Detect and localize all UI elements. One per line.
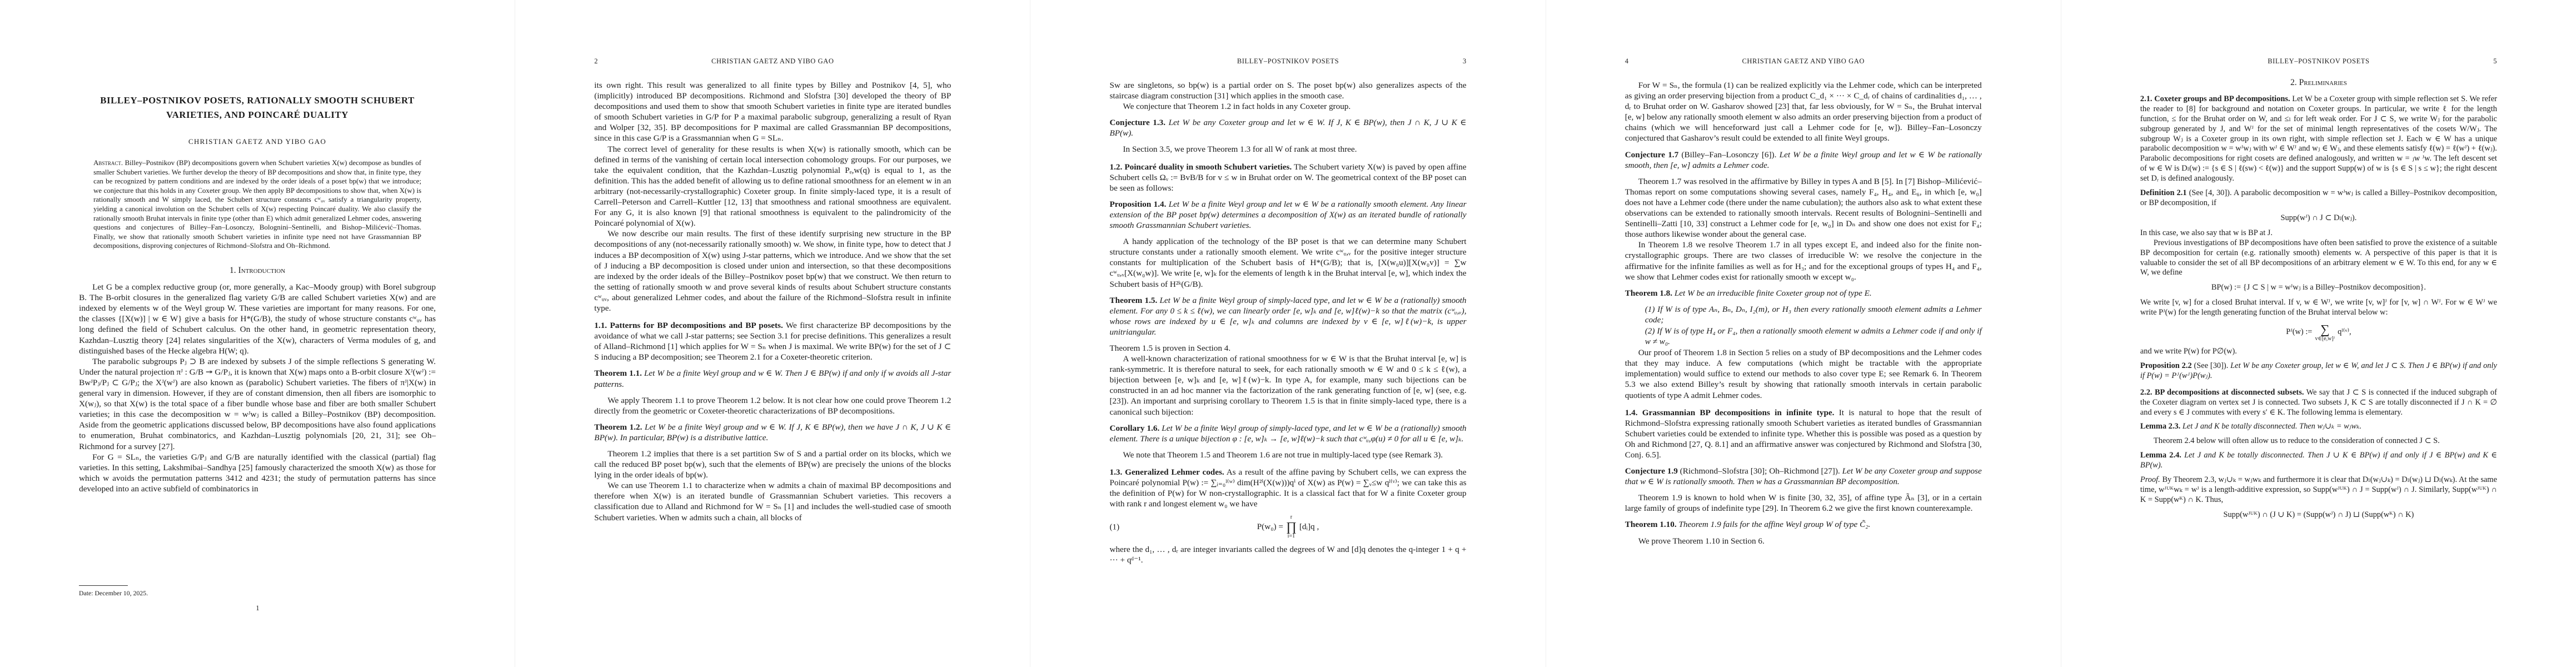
theorem-1-10: Theorem 1.10. Theorem 1.9 fails for the … xyxy=(1625,519,1982,530)
proposition-2-2: Proposition 2.2 (See [30]). Let W be any… xyxy=(2140,361,2497,381)
page-1: BILLEY–POSTNIKOV POSETS, RATIONALLY SMOO… xyxy=(0,0,515,667)
subsection-label: 2.2. BP decompositions at disconnected s… xyxy=(2140,388,2304,397)
theorem-text: Let W be a finite Weyl group of simply-l… xyxy=(1110,424,1467,444)
page-2: 2 CHRISTIAN GAETZ AND YIBO GAO its own r… xyxy=(515,0,1030,667)
subsection-1-1: 1.1. Patterns for BP decompositions and … xyxy=(594,320,951,362)
page-4: 4 CHRISTIAN GAETZ AND YIBO GAO For W = S… xyxy=(1546,0,2061,667)
theorem-attribution: (Billey–Fan–Losonczy [6]). xyxy=(1678,150,1776,160)
abstract: Abstract. Billey–Postnikov (BP) decompos… xyxy=(93,158,421,251)
page-3-body: Sw are singletons, so bp(w) is a partial… xyxy=(1110,80,1467,565)
theorem-label: Proposition 2.2 xyxy=(2140,361,2192,370)
paragraph: Sw are singletons, so bp(w) is a partial… xyxy=(1110,80,1467,101)
theorem-label: Theorem 1.5. xyxy=(1110,296,1158,305)
lemma-2-4: Lemma 2.4. Let J and K be totally discon… xyxy=(2140,451,2497,471)
theorem-1-5: Theorem 1.5. Let W be a finite Weyl grou… xyxy=(1110,295,1467,337)
subsection-label: 2.1. Coxeter groups and BP decomposition… xyxy=(2140,94,2290,103)
page-1-body: 1. Introduction Let G be a complex reduc… xyxy=(79,265,436,494)
theorem-label: Conjecture 1.3. xyxy=(1110,118,1166,127)
section-heading-introduction: 1. Introduction xyxy=(79,265,436,276)
subsection-label: 1.1. Patterns for BP decompositions and … xyxy=(594,321,783,330)
paragraph: Theorem 1.9 is known to hold when W is f… xyxy=(1625,492,1982,514)
theorem-label: Lemma 2.3. xyxy=(2140,422,2180,431)
running-head-title: BILLEY–POSTNIKOV POSETS xyxy=(1129,57,1448,66)
subsection-label: 1.3. Generalized Lehmer codes. xyxy=(1110,467,1224,477)
display-equation-poincare-series: Pᴶ(w) := ∑v∈[e,w]ᴶqˡ⁽ᵛ⁾, xyxy=(2140,323,2497,342)
paragraph: A well-known characterization of rationa… xyxy=(1110,354,1467,417)
running-head-title: BILLEY–POSTNIKOV POSETS xyxy=(2159,57,2478,66)
equation-body: Pᴶ(w) := ∑v∈[e,w]ᴶqˡ⁽ᵛ⁾, xyxy=(2286,323,2351,342)
paragraph: We now describe our main results. The fi… xyxy=(594,228,951,313)
page-1-column: BILLEY–POSTNIKOV POSETS, RATIONALLY SMOO… xyxy=(79,93,436,494)
page-2-column: 2 CHRISTIAN GAETZ AND YIBO GAO its own r… xyxy=(594,57,951,523)
operator-lower-limit: v∈[e,w]ᴶ xyxy=(2315,336,2335,342)
operator-lower-limit: i=1 xyxy=(1288,533,1295,539)
conjecture-1-7: Conjecture 1.7 (Billey–Fan–Losonczy [6])… xyxy=(1625,150,1982,171)
theorem-attribution: (See [4, 30]). xyxy=(2187,188,2232,197)
equation-body: P(w₀) = r∏i=1[dᵢ]q , xyxy=(1257,514,1319,539)
page-3-column: BILLEY–POSTNIKOV POSETS 3 Sw are singlet… xyxy=(1110,57,1467,565)
authors: CHRISTIAN GAETZ AND YIBO GAO xyxy=(79,137,436,146)
paragraph: Theorem 1.2 implies that there is a set … xyxy=(594,449,951,480)
equation-lhs: P(w₀) = xyxy=(1257,521,1283,532)
paragraph: We write [v, w] for a closed Bruhat inte… xyxy=(2140,298,2497,318)
product-symbol: ∏ xyxy=(1286,520,1297,533)
paragraph: Theorem 1.7 was resolved in the affirmat… xyxy=(1625,176,1982,240)
page-number: 2 xyxy=(594,57,613,66)
paragraph: its own right. This result was generaliz… xyxy=(594,80,951,144)
equation-rhs: [dᵢ]q , xyxy=(1299,521,1319,532)
equation-lhs: Pᴶ(w) := xyxy=(2286,327,2312,337)
page-3: BILLEY–POSTNIKOV POSETS 3 Sw are singlet… xyxy=(1030,0,1545,667)
lemma-2-3: Lemma 2.3. Let J and K be totally discon… xyxy=(2140,422,2497,432)
theorem-list-item-1: (1) If W is of type Aₙ, Bₙ, Dₙ, I₂(m), o… xyxy=(1645,304,1982,325)
page-number: 4 xyxy=(1625,57,1644,66)
theorem-label: Conjecture 1.7 xyxy=(1625,150,1678,160)
display-equation-1: (1) P(w₀) = r∏i=1[dᵢ]q , xyxy=(1110,514,1467,539)
theorem-1-2: Theorem 1.2. Let W be a finite Weyl grou… xyxy=(594,422,951,443)
paragraph: where the d₁, … , dᵣ are integer invaria… xyxy=(1110,544,1467,565)
paragraph: For W = Sₙ, the formula (1) can be reali… xyxy=(1625,80,1982,144)
theorem-label: Theorem 1.10. xyxy=(1625,520,1677,529)
display-equation-bp-set: BP(w) := {J ⊂ S | w = wᴶwⱼ is a Billey–P… xyxy=(2140,283,2497,293)
subsection-2-1: 2.1. Coxeter groups and BP decomposition… xyxy=(2140,94,2497,184)
paragraph: Let G be a complex reductive group (or, … xyxy=(79,282,436,356)
page-5-column: BILLEY–POSTNIKOV POSETS 5 2. Preliminari… xyxy=(2140,57,2497,520)
theorem-attribution: (Richmond–Slofstra [30]; Oh–Richmond [27… xyxy=(1678,466,1840,476)
theorem-label: Proposition 1.4. xyxy=(1110,200,1167,209)
pages-row: BILLEY–POSTNIKOV POSETS, RATIONALLY SMOO… xyxy=(0,0,2576,667)
paper-screenshot: arXiv:2512.08168v1 [math.CO] 9 Dec 2025 … xyxy=(0,0,2576,667)
footnote-rule xyxy=(79,585,128,586)
theorem-list-item-2: (2) If W is of type H₄ or F₄, then a rat… xyxy=(1645,326,1982,347)
proof: Proof. By Theorem 2.3, wⱼ∪ₖ = wⱼwₖ and f… xyxy=(2140,475,2497,505)
theorem-label: Lemma 2.4. xyxy=(2140,451,2181,460)
page-number: 3 xyxy=(1448,57,1467,66)
paragraph: The correct level of generality for thes… xyxy=(594,144,951,229)
subsection-label: 1.4. Grassmannian BP decompositions in i… xyxy=(1625,408,1835,417)
theorem-label: Theorem 1.1. xyxy=(594,369,642,378)
paragraph: We prove Theorem 1.10 in Section 6. xyxy=(1625,536,1982,546)
paragraph: Theorem 2.4 below will often allow us to… xyxy=(2140,436,2497,446)
paragraph: and we write P(w) for P∅(w). xyxy=(2140,347,2497,357)
product-operator: r∏i=1 xyxy=(1286,514,1297,539)
running-head: 4 CHRISTIAN GAETZ AND YIBO GAO xyxy=(1625,57,1982,66)
paragraph: We apply Theorem 1.1 to prove Theorem 1.… xyxy=(594,395,951,416)
paragraph: Previous investigations of BP decomposit… xyxy=(2140,238,2497,278)
equation-number: (1) xyxy=(1110,521,1120,532)
paragraph: In Section 3.5, we prove Theorem 1.3 for… xyxy=(1110,144,1467,155)
sum-symbol: ∑ xyxy=(2320,323,2329,336)
paragraph: We conjecture that Theorem 1.2 in fact h… xyxy=(1110,101,1467,112)
running-head: 2 CHRISTIAN GAETZ AND YIBO GAO xyxy=(594,57,951,66)
running-head-title: CHRISTIAN GAETZ AND YIBO GAO xyxy=(613,57,932,66)
date-line: Date: December 10, 2025. xyxy=(79,589,436,598)
theorem-1-1: Theorem 1.1. Let W be a finite Weyl grou… xyxy=(594,368,951,389)
proposition-1-4: Proposition 1.4. Let W be a finite Weyl … xyxy=(1110,199,1467,231)
conjecture-1-3: Conjecture 1.3. Let W be any Coxeter gro… xyxy=(1110,117,1467,138)
corollary-1-6: Corollary 1.6. Let W be a finite Weyl gr… xyxy=(1110,423,1467,444)
paragraph: In this case, we also say that w is BP a… xyxy=(2140,228,2497,238)
section-heading-preliminaries: 2. Preliminaries xyxy=(2140,78,2497,88)
equation-rhs: qˡ⁽ᵛ⁾, xyxy=(2338,327,2351,337)
running-head: BILLEY–POSTNIKOV POSETS 5 xyxy=(2140,57,2497,66)
theorem-label: Conjecture 1.9 xyxy=(1625,466,1678,476)
page-number: 1 xyxy=(79,604,436,613)
running-head: BILLEY–POSTNIKOV POSETS 3 xyxy=(1110,57,1467,66)
paper-title-line2: VARIETIES, AND POINCARÉ DUALITY xyxy=(79,108,436,122)
subsection-1-2: 1.2. Poincaré duality in smooth Schubert… xyxy=(1110,162,1467,193)
page-5-body: 2. Preliminaries 2.1. Coxeter groups and… xyxy=(2140,78,2497,520)
subsection-1-4: 1.4. Grassmannian BP decompositions in i… xyxy=(1625,407,1982,460)
page-5: BILLEY–POSTNIKOV POSETS 5 2. Preliminari… xyxy=(2061,0,2576,667)
page-1-footer: Date: December 10, 2025. 1 xyxy=(79,585,436,613)
theorem-attribution: (See [30]). xyxy=(2192,361,2229,370)
conjecture-1-9: Conjecture 1.9 (Richmond–Slofstra [30]; … xyxy=(1625,466,1982,487)
proof-label: Proof. xyxy=(2140,475,2160,484)
page-4-body: For W = Sₙ, the formula (1) can be reali… xyxy=(1625,80,1982,546)
running-head-title: CHRISTIAN GAETZ AND YIBO GAO xyxy=(1644,57,1963,66)
display-equation-bp-condition: Supp(wᴶ) ∩ J ⊂ Dₗ(wⱼ). xyxy=(2140,213,2497,223)
theorem-label: Definition 2.1 xyxy=(2140,188,2187,197)
paragraph: Our proof of Theorem 1.8 in Section 5 re… xyxy=(1625,347,1982,400)
subsection-2-2: 2.2. BP decompositions at disconnected s… xyxy=(2140,388,2497,418)
paragraph: For G = SLₙ, the varieties G/Pⱼ and G/B … xyxy=(79,452,436,494)
theorem-text: Let W be a finite Weyl group and w ∈ W. … xyxy=(594,369,951,389)
theorem-text: Let J and K be totally disconnected. The… xyxy=(2140,451,2497,470)
definition-2-1: Definition 2.1 (See [4, 30]). A paraboli… xyxy=(2140,188,2497,208)
subsection-1-3: 1.3. Generalized Lehmer codes. As a resu… xyxy=(1110,467,1467,509)
theorem-label: Theorem 1.8. xyxy=(1625,288,1672,298)
paragraph: We can use Theorem 1.1 to characterize w… xyxy=(594,480,951,522)
paragraph: Theorem 1.5 is proven in Section 4. xyxy=(1110,343,1467,354)
paragraph: We note that Theorem 1.5 and Theorem 1.6… xyxy=(1110,450,1467,460)
theorem-label: Theorem 1.2. xyxy=(594,422,642,432)
subsection-text: Let W be a Coxeter group with simple ref… xyxy=(2140,94,2497,183)
page-4-column: 4 CHRISTIAN GAETZ AND YIBO GAO For W = S… xyxy=(1625,57,1982,546)
paper-title: BILLEY–POSTNIKOV POSETS, RATIONALLY SMOO… xyxy=(79,93,436,122)
abstract-text: Billey–Postnikov (BP) decompositions gov… xyxy=(93,159,421,250)
paragraph: The parabolic subgroups Pⱼ ⊃ B are index… xyxy=(79,356,436,452)
paragraph: In Theorem 1.8 we resolve Theorem 1.7 in… xyxy=(1625,240,1982,282)
paper-title-line1: BILLEY–POSTNIKOV POSETS, RATIONALLY SMOO… xyxy=(79,93,436,108)
theorem-text: Let W be a finite Weyl group of simply-l… xyxy=(1110,296,1467,337)
abstract-label: Abstract. xyxy=(93,159,123,167)
page-2-body: its own right. This result was generaliz… xyxy=(594,80,951,523)
proof-text: By Theorem 2.3, wⱼ∪ₖ = wⱼwₖ and furtherm… xyxy=(2140,475,2497,504)
theorem-text: Theorem 1.9 fails for the affine Weyl gr… xyxy=(1678,520,1870,529)
theorem-label: Corollary 1.6. xyxy=(1110,424,1160,433)
theorem-text: Let W be an irreducible finite Coxeter g… xyxy=(1675,288,1872,298)
sum-operator: ∑v∈[e,w]ᴶ xyxy=(2315,323,2335,342)
theorem-1-8: Theorem 1.8. Let W be an irreducible fin… xyxy=(1625,288,1982,298)
page-number: 5 xyxy=(2478,57,2497,66)
theorem-text: Let W be a finite Weyl group and w ∈ W. … xyxy=(594,422,951,442)
theorem-text: Let J and K be totally disconnected. The… xyxy=(2183,422,2361,431)
subsection-label: 1.2. Poincaré duality in smooth Schubert… xyxy=(1110,162,1292,172)
display-equation-support-union: Supp(wᴶᵁᴷ) ∩ (J ∪ K) = (Supp(wᴶ) ∩ J) ⊔ … xyxy=(2140,510,2497,520)
paragraph: A handy application of the technology of… xyxy=(1110,236,1467,289)
